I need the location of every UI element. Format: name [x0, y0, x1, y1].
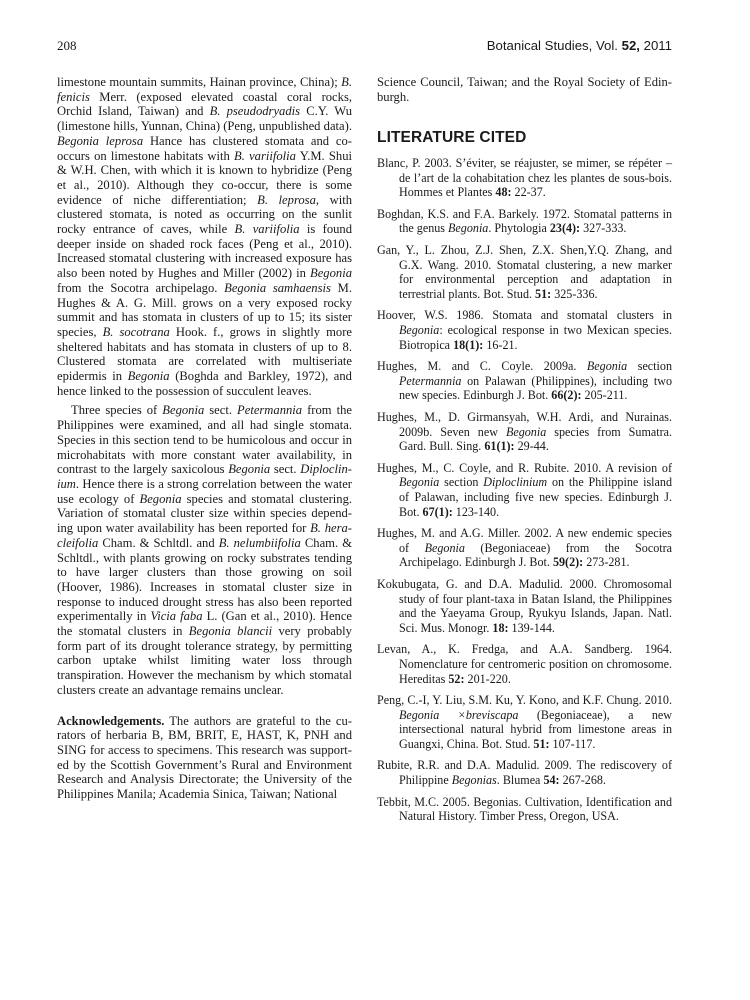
text-run: 267-268.	[560, 773, 606, 787]
italic-taxon: Diploclinium	[483, 475, 547, 489]
journal-name: Botanical Studies, Vol.	[487, 38, 622, 53]
text-run: 325-336.	[551, 287, 597, 301]
italic-taxon: Begonia	[506, 425, 546, 439]
page-number: 208	[57, 38, 77, 54]
text-run: . Phytologia	[488, 221, 549, 235]
journal-year: 2011	[640, 38, 672, 53]
reference-entry: Tebbit, M.C. 2005. Begonias. Cultivation…	[377, 795, 672, 824]
volume-number: 23(4):	[550, 221, 580, 235]
italic-taxon: Begonia samhaensis	[224, 281, 331, 295]
volume-number: 67(1):	[423, 505, 453, 519]
reference-entry: Blanc, P. 2003. S’éviter, se réajuster, …	[377, 156, 672, 200]
journal-volume: 52,	[622, 38, 640, 53]
text-run: Hughes, M., C. Coyle, and R. Rubite. 201…	[377, 461, 672, 475]
acknowledgements-heading: Acknowledgements.	[57, 714, 164, 728]
text-run: 29-44.	[515, 439, 549, 453]
italic-taxon: Petermannia	[237, 403, 302, 417]
text-run: sect.	[270, 462, 300, 476]
text-run: from the Socotra archipela­go.	[57, 281, 224, 295]
text-run: limestone mountain summits, Hainan provi…	[57, 75, 341, 89]
text-run: 16-21.	[483, 338, 517, 352]
text-run: sect.	[204, 403, 237, 417]
text-run: 107-117.	[550, 737, 596, 751]
text-run: section	[439, 475, 483, 489]
text-run: 201-220.	[465, 672, 511, 686]
volume-number: 66(2):	[551, 388, 581, 402]
paragraph-petermannia: Three species of Begonia sect. Petermann…	[57, 403, 352, 697]
volume-number: 51:	[533, 737, 549, 751]
reference-entry: Hughes, M., C. Coyle, and R. Rubite. 201…	[377, 461, 672, 519]
text-run: 139-144.	[509, 621, 555, 635]
text-run: 327-333.	[580, 221, 626, 235]
reference-entry: Gan, Y., L. Zhou, Z.J. Shen, Z.X. Shen,Y…	[377, 243, 672, 301]
italic-taxon: Begonia	[310, 266, 352, 280]
italic-taxon: B. variifolia	[235, 222, 300, 236]
running-head-journal: Botanical Studies, Vol. 52, 2011	[487, 38, 672, 53]
text-run: 22-37.	[512, 185, 546, 199]
volume-number: 18(1):	[453, 338, 483, 352]
italic-taxon: Begonia	[399, 323, 439, 337]
reference-entry: Peng, C.-I, Y. Liu, S.M. Ku, Y. Kono, an…	[377, 693, 672, 751]
acknowledgements-paragraph: Acknowledgements. The authors are gratef…	[57, 714, 352, 802]
reference-entry: Hughes, M., D. Girmansyah, W.H. Ardi, an…	[377, 410, 672, 454]
paragraph-niche-differentiation: limestone mountain summits, Hainan provi…	[57, 75, 352, 398]
text-run: Hughes, M. and C. Coyle. 2009a.	[377, 359, 587, 373]
volume-number: 18:	[492, 621, 508, 635]
acknowledgements-continued: Science Council, Taiwan; and the Royal S…	[377, 75, 672, 104]
right-column: Science Council, Taiwan; and the Royal S…	[377, 75, 672, 831]
italic-taxon: Vicia faba	[150, 609, 202, 623]
italic-taxon: B. nelumbiifolia	[219, 536, 301, 550]
text-run: Levan, A., K. Fredga, and A.A. Sandberg.…	[377, 642, 672, 685]
text-run: Peng, C.-I, Y. Liu, S.M. Ku, Y. Kono, an…	[377, 693, 672, 707]
reference-entry: Rubite, R.R. and D.A. Madulid. 2009. The…	[377, 758, 672, 787]
text-run: 123-140.	[453, 505, 499, 519]
italic-taxon: Begonia	[228, 462, 270, 476]
section-title-literature-cited: LITERATURE CITED	[377, 131, 672, 146]
text-run: Tebbit, M.C. 2005. Begonias. Cultivation…	[377, 795, 672, 824]
text-run: Cham. & Schltdl. and	[98, 536, 218, 550]
reference-entry: Boghdan, K.S. and F.A. Barkely. 1972. St…	[377, 207, 672, 236]
italic-taxon: Be­gonia	[399, 475, 439, 489]
italic-taxon: Begonia	[128, 369, 170, 383]
text-run: Three species of	[71, 403, 162, 417]
volume-number: 51:	[535, 287, 551, 301]
italic-taxon: B. pseudodryadis	[210, 104, 300, 118]
reference-list: Blanc, P. 2003. S’éviter, se réajuster, …	[377, 156, 672, 824]
reference-entry: Levan, A., K. Fredga, and A.A. Sandberg.…	[377, 642, 672, 686]
text-run: : ecological response in two Mexican spe…	[399, 323, 672, 352]
italic-taxon: Begonia	[140, 492, 182, 506]
reference-entry: Hughes, M. and C. Coyle. 2009a. Begonia …	[377, 359, 672, 403]
reference-entry: Hughes, M. and A.G. Miller. 2002. A new …	[377, 526, 672, 570]
left-column: limestone mountain summits, Hainan provi…	[57, 75, 352, 802]
volume-number: 48:	[495, 185, 511, 199]
volume-number: 52:	[448, 672, 464, 686]
italic-taxon: Begonia ×breviscapa	[399, 708, 518, 722]
text-run: 273-281.	[583, 555, 629, 569]
volume-number: 54:	[543, 773, 559, 787]
text-run: Hoover, W.S. 1986. Stomata and stomatal …	[377, 308, 672, 322]
text-run: 205-211.	[582, 388, 628, 402]
reference-entry: Hoover, W.S. 1986. Stomata and stomatal …	[377, 308, 672, 352]
text-run: Gan, Y., L. Zhou, Z.J. Shen, Z.X. Shen,Y…	[377, 243, 672, 301]
italic-taxon: B. leprosa	[257, 193, 316, 207]
volume-number: 59(2):	[553, 555, 583, 569]
italic-taxon: Begonia	[587, 359, 627, 373]
text-run: section	[627, 359, 672, 373]
italic-taxon: Begonia	[425, 541, 465, 555]
italic-taxon: Begonias	[452, 773, 497, 787]
italic-taxon: B. variifolia	[234, 149, 296, 163]
italic-taxon: Begonia	[162, 403, 204, 417]
text-run: . Blumea	[497, 773, 544, 787]
italic-taxon: Begonia leprosa	[57, 134, 143, 148]
volume-number: 61(1):	[484, 439, 514, 453]
italic-taxon: Begonia	[448, 221, 488, 235]
reference-entry: Kokubugata, G. and D.A. Madulid. 2000. C…	[377, 577, 672, 635]
italic-taxon: Begonia blancii	[189, 624, 272, 638]
italic-taxon: Petermannia	[399, 374, 461, 388]
italic-taxon: B. socotrana	[103, 325, 170, 339]
